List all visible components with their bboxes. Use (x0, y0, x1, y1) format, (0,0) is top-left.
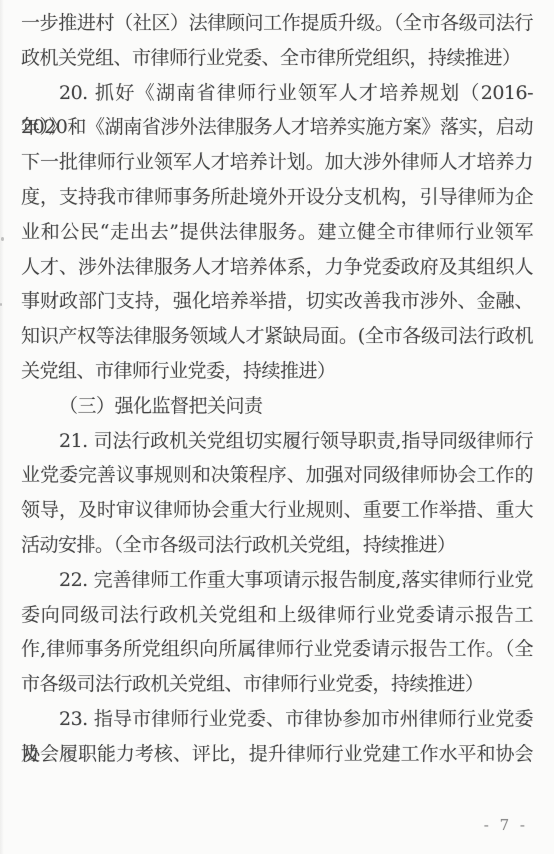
document-line: 20. 抓好《湖南省律师行业领军人才培养规划（2016-2020 (21, 76, 533, 111)
document-line: 度，支持我市律师事务所赴境外开设分支机构，引导律师为企 (21, 180, 533, 215)
page-number: - 7 - (484, 816, 528, 834)
document-line: 年）》和《湖南省涉外法律服务人才培养实施方案》落实，启动 (21, 110, 533, 145)
document-line: 知识产权等法律服务领域人才紧缺局面。(全市各级司法行政机 (21, 319, 533, 354)
document-line: 市各级司法行政机关党组、市律师行业党委，持续推进） (21, 667, 533, 702)
document-line: 领导，及时审议律师协会重大行业规则、重要工作举措、重大 (21, 493, 533, 528)
document-line: 政机关党组、市律师行业党委、全市律所党组织，持续推进） (21, 41, 533, 76)
section-heading: （三）强化监督把关问责 (21, 389, 533, 424)
scanned-document-page: 一步推进村（社区）法律顾问工作提质升级。（全市各级司法行 政机关党组、市律师行业… (0, 0, 554, 854)
document-line: 事财政部门支持，强化培养举措，切实改善我市涉外、金融、 (21, 284, 533, 319)
document-line: 22. 完善律师工作重大事项请示报告制度,落实律师行业党 (21, 563, 533, 598)
document-line: 23. 指导市律师行业党委、市律协参加市州律师行业党委及 (21, 702, 533, 737)
document-line: 人才、涉外法律服务人才培养体系，力争党委政府及其组织人 (21, 250, 533, 285)
document-line: 协会履职能力考核、评比，提升律师行业党建工作水平和协会 (21, 737, 533, 772)
scan-artifact (0, 303, 2, 306)
document-line: 活动安排。（全市各级司法行政机关党组，持续推进） (21, 528, 533, 563)
document-line: 作,律师事务所党组织向所属律师行业党委请示报告工作。（全 (21, 632, 533, 667)
document-line: 21. 司法行政机关党组切实履行领导职责,指导同级律师行 (21, 424, 533, 459)
document-line: 下一批律师行业领军人才培养计划。加大涉外律师人才培养力 (21, 145, 533, 180)
document-line: 业和公民“走出去”提供法律服务。建立健全市律师行业领军 (21, 215, 533, 250)
document-line: 关党组、市律师行业党委，持续推进） (21, 354, 533, 389)
document-line: 业党委完善议事规则和决策程序、加强对同级律师协会工作的 (21, 458, 533, 493)
scan-artifact (1, 237, 4, 241)
document-line: 一步推进村（社区）法律顾问工作提质升级。（全市各级司法行 (21, 6, 533, 41)
document-line: 委向同级司法行政机关党组和上级律师行业党委请示报告工 (21, 598, 533, 633)
document-body: 一步推进村（社区）法律顾问工作提质升级。（全市各级司法行 政机关党组、市律师行业… (21, 6, 533, 772)
